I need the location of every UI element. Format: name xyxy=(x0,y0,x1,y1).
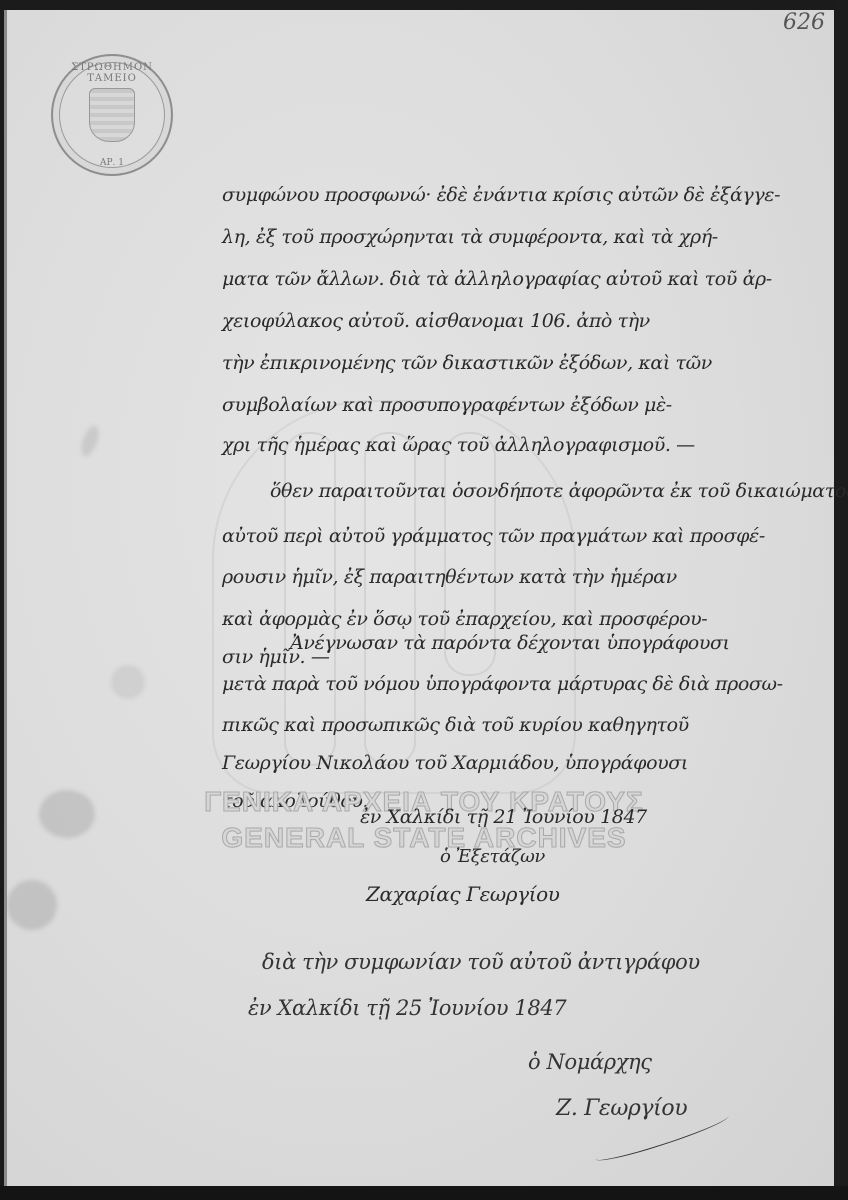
body-line: αὐτοῦ περὶ αὐτοῦ γράμματος τῶν πραγμάτων… xyxy=(222,525,765,547)
body-line: τὴν ἐπικρινομένης τῶν δικαστικῶν ἐξόδων,… xyxy=(222,352,712,374)
body-line: συμβολαίων καὶ προσυπογραφέντων ἐξόδων μ… xyxy=(222,394,672,416)
body-line: Ἀνέγνωσαν τὰ παρόντα δέχονται ὑπογράφουσ… xyxy=(290,632,730,654)
body-line: πικῶς καὶ προσωπικῶς διὰ τοῦ κυρίου καθη… xyxy=(222,714,689,736)
coat-of-arms-icon xyxy=(89,88,135,142)
stain xyxy=(111,665,145,699)
second-signatory-title: ὁ Νομάρχης xyxy=(528,1050,652,1074)
stamp-outer-text: ΣΤΡΩΘΗΜΟΝ ΤΑΜΕΙΟ xyxy=(53,62,171,84)
date-line: ἐν Χαλκίδι τῇ 21 Ἰουνίου 1847 xyxy=(360,806,647,828)
body-line: καὶ ἀφορμὰς ἐν ὅσῳ τοῦ ἐπαρχείου, καὶ πρ… xyxy=(222,608,707,630)
body-line: ὅθεν παραιτοῦνται ὁσονδήποτε ἀφορῶντα ἐκ… xyxy=(270,480,848,502)
stamp-bottom-text: ΑΡ. 1 xyxy=(53,158,171,168)
body-line: μετὰ παρὰ τοῦ νόμου ὑπογράφοντα μάρτυρας… xyxy=(222,673,783,695)
body-line: χειοφύλακος αὐτοῦ. αἰσθανομαι 106. ἀπὸ τ… xyxy=(222,310,650,332)
signatory-title: ὁ Ἐξετάζων xyxy=(440,846,545,867)
certification-date-line: ἐν Χαλκίδι τῇ 25 Ἰουνίου 1847 xyxy=(248,996,566,1020)
body-line: συμφώνου προσφωνώ· ἐδὲ ἐνάντια κρίσις αὐ… xyxy=(222,184,780,206)
archive-seal-stamp: ΣΤΡΩΘΗΜΟΝ ΤΑΜΕΙΟ ΑΡ. 1 xyxy=(51,54,173,176)
body-line: χρι τῆς ἡμέρας καὶ ὥρας τοῦ ἀλληλογραφισ… xyxy=(222,434,695,456)
page-number: 626 xyxy=(783,10,825,35)
stain xyxy=(7,880,57,930)
body-line: ματα τῶν ἄλλων. διὰ τὰ ἀλληλογραφίας αὐτ… xyxy=(222,268,772,290)
certification-line: διὰ τὴν συμφωνίαν τοῦ αὐτοῦ ἀντιγράφου xyxy=(262,950,700,974)
body-line: λη, ἐξ τοῦ προσχώρηνται τὰ συμφέροντα, κ… xyxy=(222,226,718,248)
scan-bottom-border xyxy=(0,1186,848,1200)
body-line: ρουσιν ἡμῖν, ἐξ παραιτηθέντων κατὰ τὴν ἡ… xyxy=(222,566,677,588)
stain xyxy=(78,424,102,459)
signatory-name: Ζαχαρίας Γεωργίου xyxy=(366,882,560,906)
body-line: Γεωργίου Νικολάου τοῦ Χαρμιάδου, ὑπογράφ… xyxy=(222,752,688,774)
scan-right-border xyxy=(834,0,848,1200)
second-signatory-name: Ζ. Γεωργίου xyxy=(556,1096,687,1121)
